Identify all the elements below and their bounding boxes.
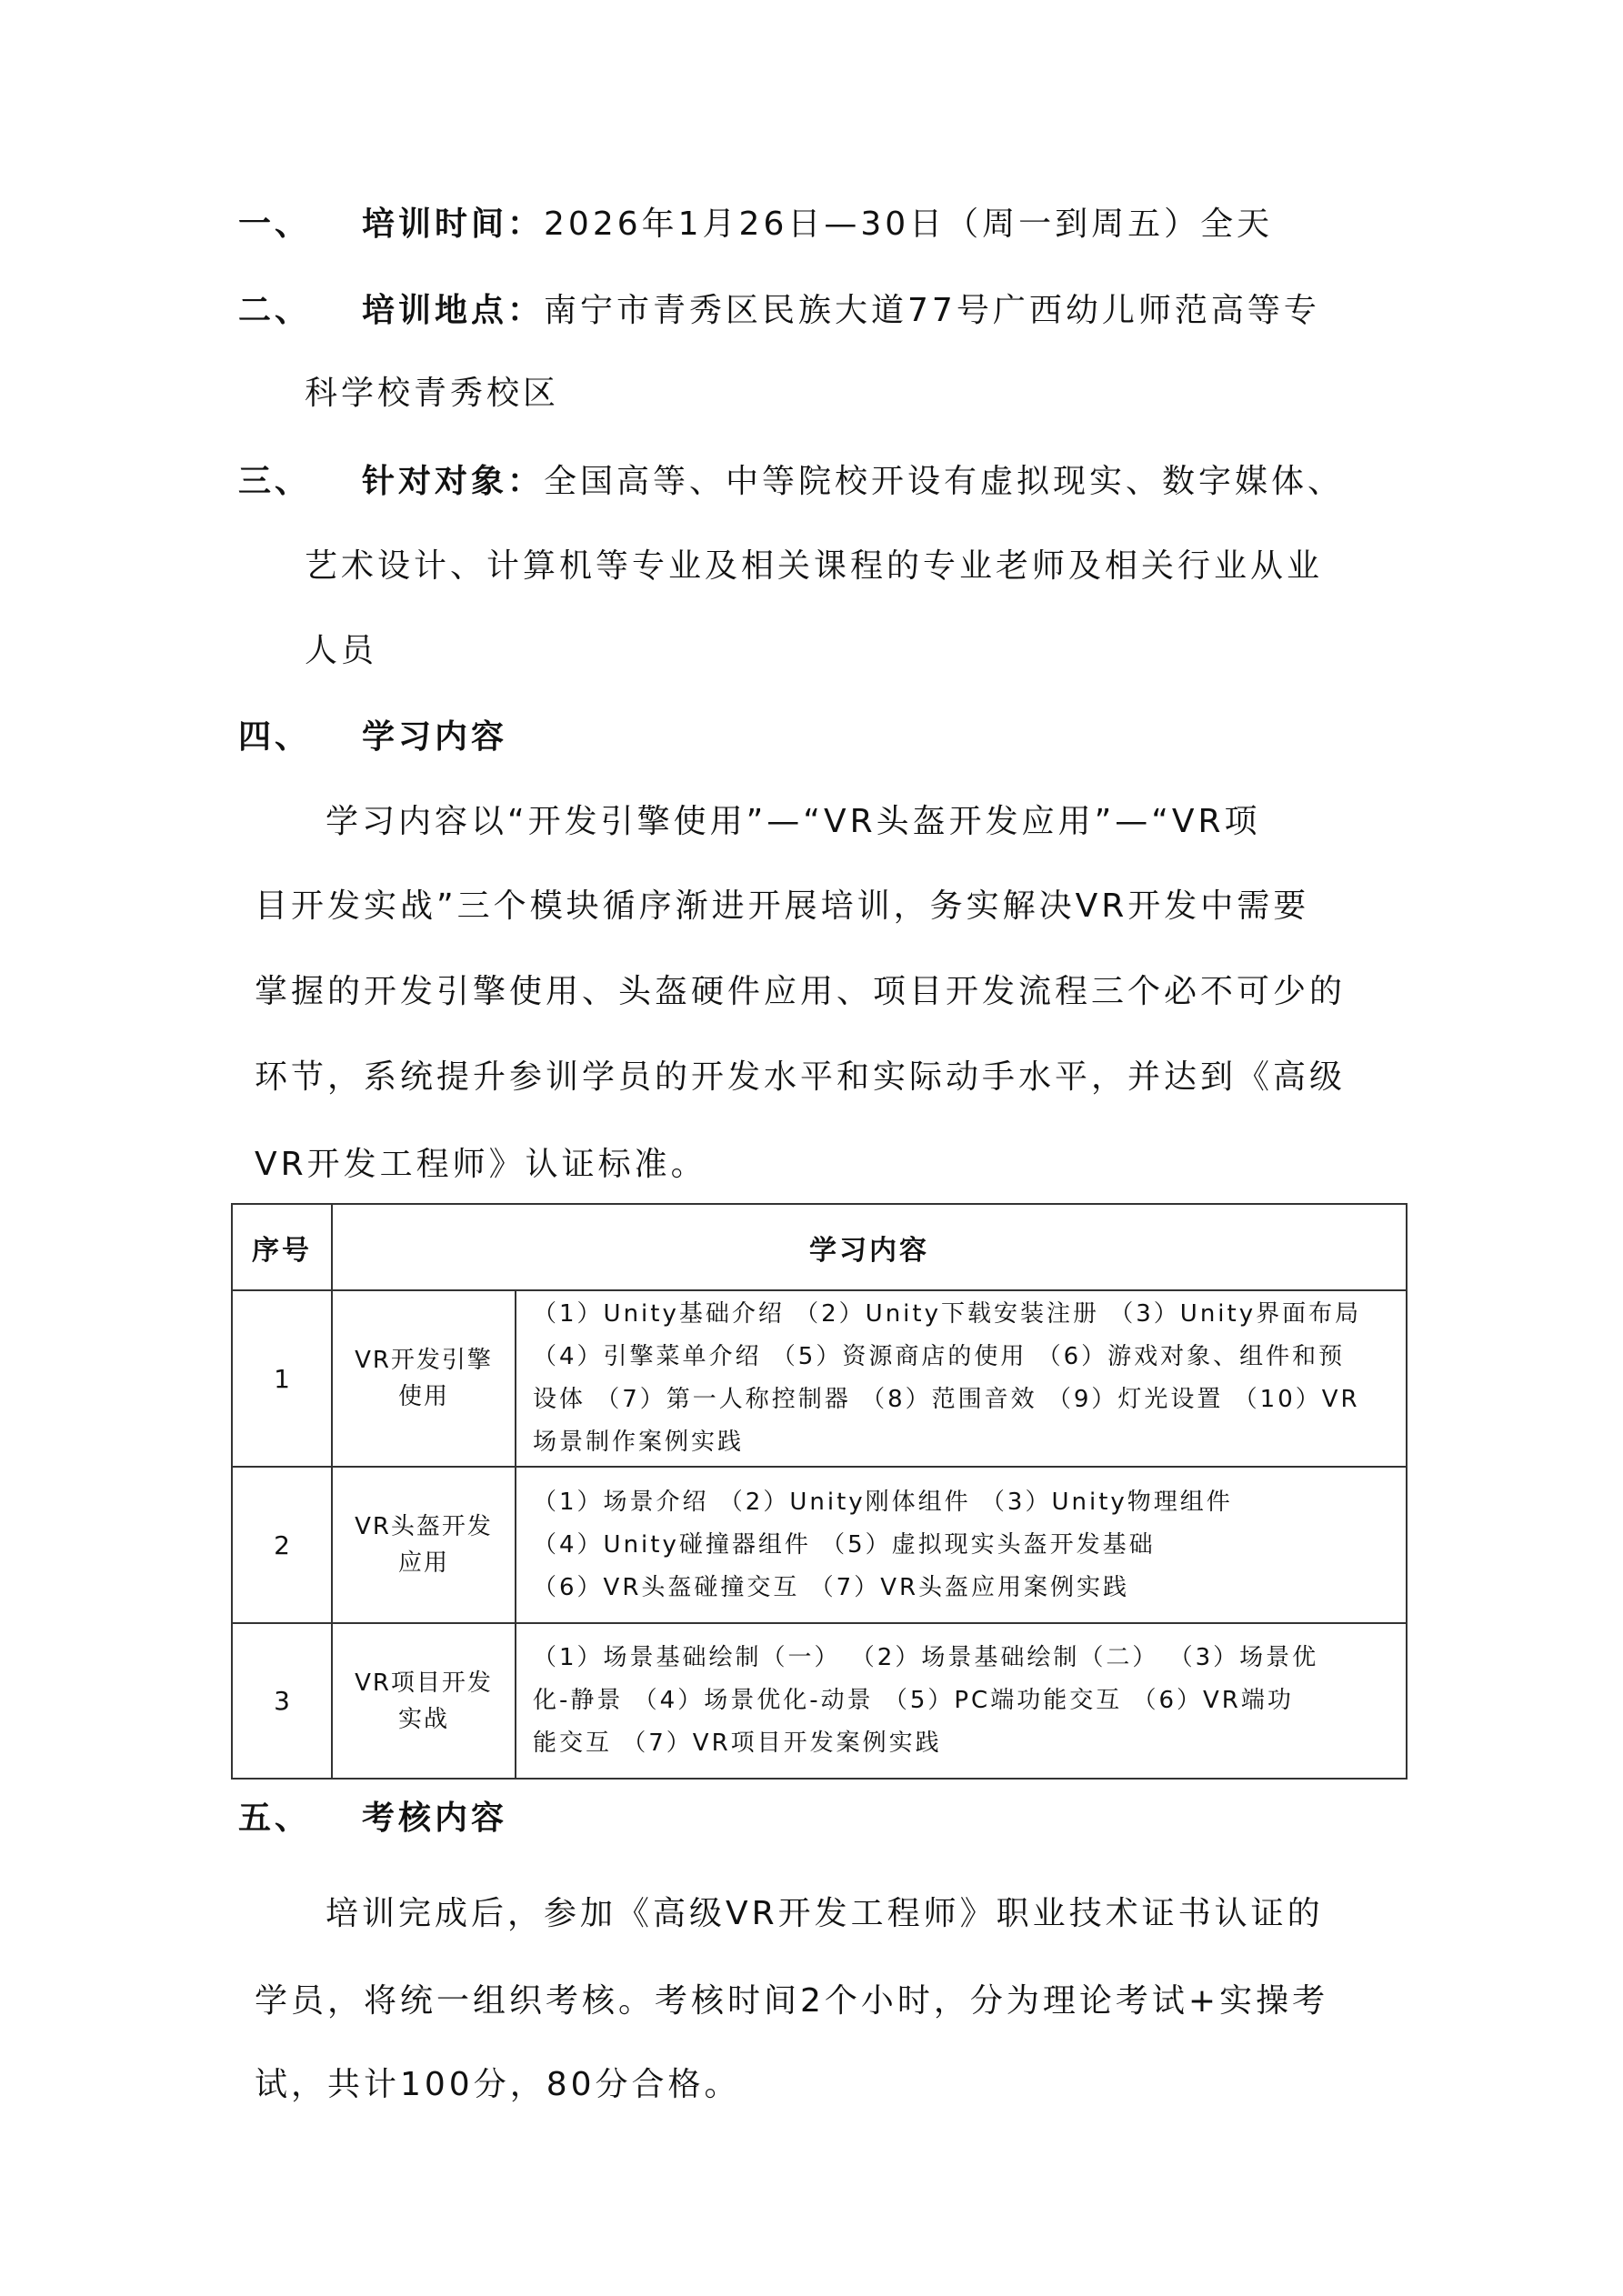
content-line: 场景制作案例实践 (533, 1421, 1397, 1464)
table-row: 2 VR头盔开发 应用 （1）场景介绍 （2）Unity刚体组件 （3）Unit… (232, 1467, 1407, 1623)
content-line: （1）场景介绍 （2）Unity刚体组件 （3）Unity物理组件 (533, 1481, 1397, 1524)
content-line: 设体 （7）第一人称控制器 （8）范围音效 （9）灯光设置 （10）VR (533, 1379, 1397, 1421)
module-line: VR开发引擎 (338, 1342, 509, 1379)
section-text: 2026年1月26日—30日（周一到周五）全天 (544, 206, 1273, 243)
paragraph-line: 掌握的开发引擎使用、头盔硬件应用、项目开发流程三个必不可少的 (255, 972, 1346, 1012)
section-text: 南宁市青秀区民族大道77号广西幼儿师范高等专 (544, 292, 1320, 329)
module-line: 应用 (338, 1545, 509, 1581)
header-content: 学习内容 (332, 1204, 1407, 1290)
section-heading: 学习内容 (362, 717, 507, 757)
table-row: 3 VR项目开发 实战 （1）场景基础绘制（一） （2）场景基础绘制（二） （3… (232, 1623, 1407, 1779)
section-text: 全国高等、中等院校开设有虚拟现实、数字媒体、 (544, 463, 1344, 500)
paragraph-line: 试，共计100分，80分合格。 (255, 2065, 741, 2105)
table-row: 1 VR开发引擎 使用 （1）Unity基础介绍 （2）Unity下载安装注册 … (232, 1290, 1407, 1467)
paragraph-line: VR开发工程师》认证标准。 (255, 1145, 707, 1185)
section-text-continued: 科学校青秀校区 (305, 374, 559, 414)
row-module: VR项目开发 实战 (332, 1623, 516, 1779)
row-content: （1）场景基础绘制（一） （2）场景基础绘制（二） （3）场景优 化-静景 （4… (516, 1623, 1407, 1779)
row-index: 3 (232, 1623, 332, 1779)
section-number: 一、 (238, 205, 311, 245)
section-label: 培训地点： (362, 292, 544, 329)
section-text-continued: 艺术设计、计算机等专业及相关课程的专业老师及相关行业从业 (305, 546, 1323, 587)
row-index: 1 (232, 1290, 332, 1467)
section-line: 培训地点：南宁市青秀区民族大道77号广西幼儿师范高等专 (362, 291, 1320, 331)
table-header-row: 序号 学习内容 (232, 1204, 1407, 1290)
section-number: 四、 (238, 717, 311, 757)
module-line: VR项目开发 (338, 1665, 509, 1701)
module-line: VR头盔开发 (338, 1509, 509, 1545)
section-text-continued: 人员 (305, 631, 377, 671)
content-line: （1）场景基础绘制（一） （2）场景基础绘制（二） （3）场景优 (533, 1637, 1397, 1679)
paragraph-line: 目开发实战”三个模块循序渐进开展培训，务实解决VR开发中需要 (255, 887, 1309, 927)
paragraph-line: 学习内容以“开发引擎使用”—“VR头盔开发应用”—“VR项 (326, 802, 1261, 842)
content-line: 化-静景 （4）场景优化-动景 （5）PC端功能交互 （6）VR端功 (533, 1679, 1397, 1722)
section-label: 针对对象： (362, 463, 544, 500)
row-module: VR头盔开发 应用 (332, 1467, 516, 1623)
section-heading: 考核内容 (362, 1799, 507, 1839)
content-line: （6）VR头盔碰撞交互 （7）VR头盔应用案例实践 (533, 1567, 1397, 1609)
module-line: 使用 (338, 1379, 509, 1415)
section-number: 五、 (238, 1799, 311, 1839)
section-line: 针对对象：全国高等、中等院校开设有虚拟现实、数字媒体、 (362, 462, 1344, 502)
section-line: 培训时间：2026年1月26日—30日（周一到周五）全天 (362, 205, 1273, 245)
paragraph-line: 环节，系统提升参训学员的开发水平和实际动手水平，并达到《高级 (255, 1058, 1346, 1098)
row-content: （1）场景介绍 （2）Unity刚体组件 （3）Unity物理组件 （4）Uni… (516, 1467, 1407, 1623)
content-line: （1）Unity基础介绍 （2）Unity下载安装注册 （3）Unity界面布局 (533, 1293, 1397, 1336)
row-index: 2 (232, 1467, 332, 1623)
content-line: （4）引擎菜单介绍 （5）资源商店的使用 （6）游戏对象、组件和预 (533, 1336, 1397, 1379)
section-number: 二、 (238, 291, 311, 331)
content-line: （4）Unity碰撞器组件 （5）虚拟现实头盔开发基础 (533, 1524, 1397, 1567)
paragraph-line: 学员，将统一组织考核。考核时间2个小时，分为理论考试+实操考 (255, 1981, 1328, 2021)
paragraph-line: 培训完成后，参加《高级VR开发工程师》职业技术证书认证的 (326, 1894, 1324, 1934)
content-line: 能交互 （7）VR项目开发案例实践 (533, 1722, 1397, 1765)
row-content: （1）Unity基础介绍 （2）Unity下载安装注册 （3）Unity界面布局… (516, 1290, 1407, 1467)
learning-content-table: 序号 学习内容 1 VR开发引擎 使用 （1）Unity基础介绍 （2）Unit… (231, 1203, 1408, 1780)
section-number: 三、 (238, 462, 311, 502)
section-label: 培训时间： (362, 206, 544, 243)
header-index: 序号 (232, 1204, 332, 1290)
row-module: VR开发引擎 使用 (332, 1290, 516, 1467)
module-line: 实战 (338, 1701, 509, 1738)
